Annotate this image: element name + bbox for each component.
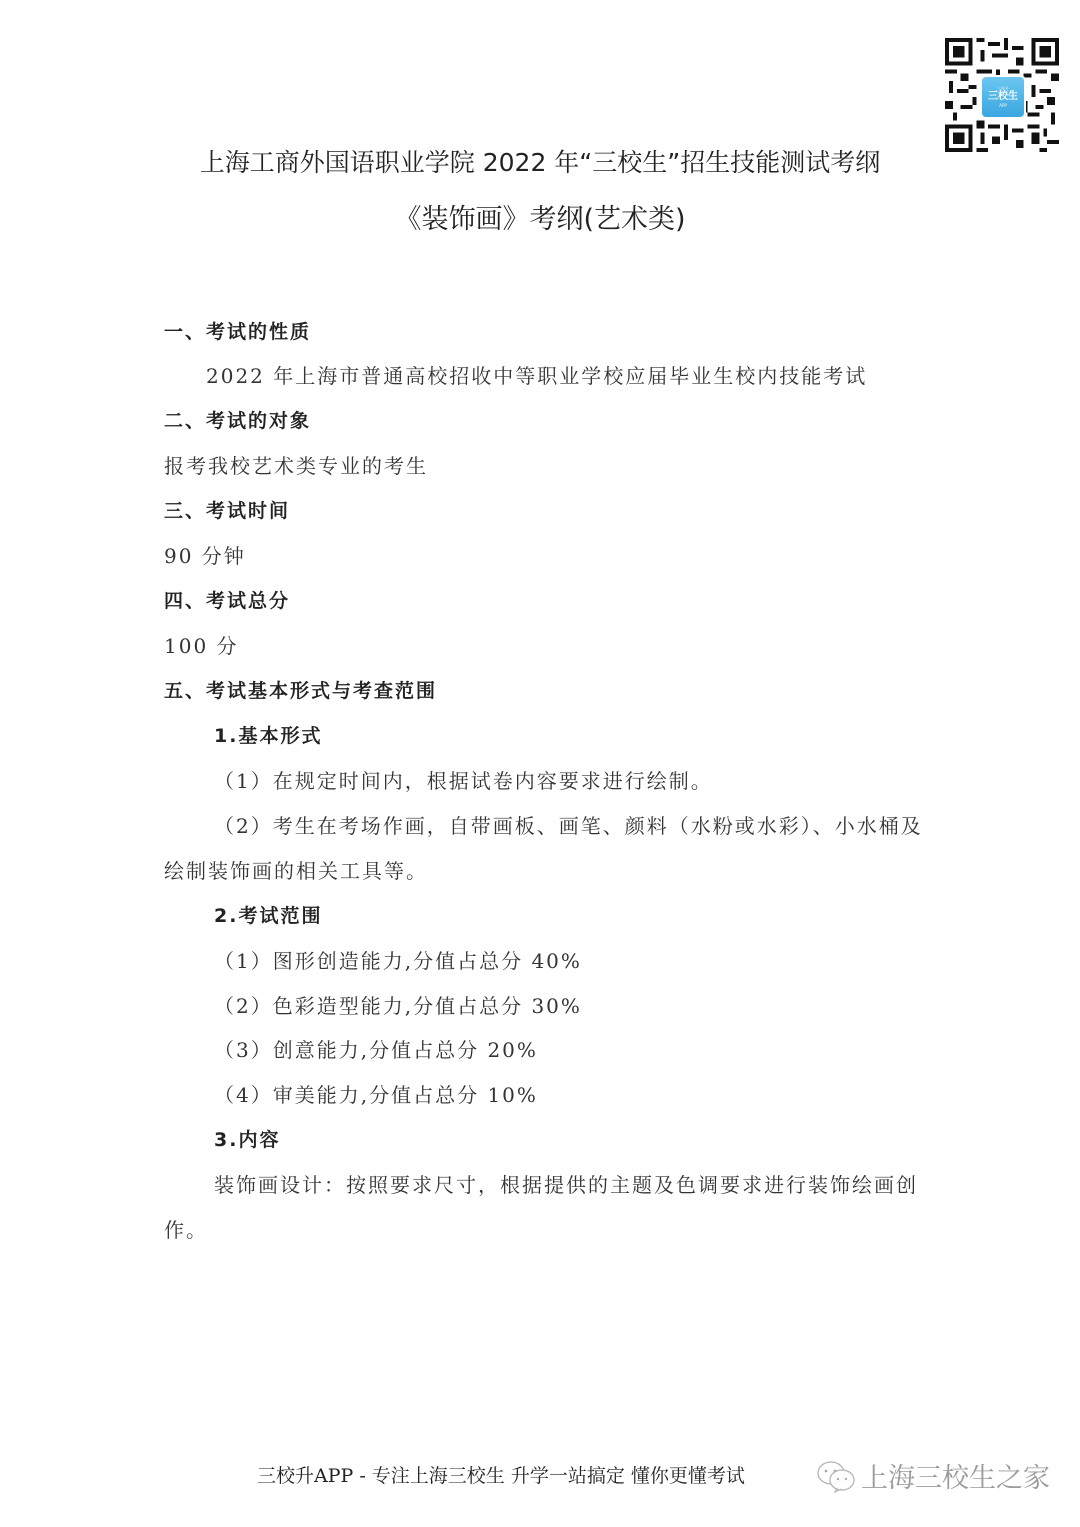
form-item-1: （1）在规定时间内，根据试卷内容要求进行绘制。 — [214, 767, 713, 795]
subsection-heading-content: 3.内容 — [214, 1126, 280, 1154]
document-subtitle: 《装饰画》考纲(艺术类) — [0, 197, 1080, 236]
scope-item-4: （4）审美能力,分值占总分 10% — [214, 1081, 538, 1109]
app-logo-icon: 三校升 三校生 APP — [980, 75, 1026, 119]
scope-item-2: （2）色彩造型能力,分值占总分 30% — [214, 992, 582, 1020]
section-body-nature: 2022 年上海市普通高校招收中等职业学校应届毕业生校内技能考试 — [206, 362, 867, 390]
section-body-time: 90 分钟 — [164, 542, 246, 570]
logo-bottom-text: APP — [999, 103, 1007, 108]
footer-slogan: 三校升APP - 专注上海三校生 升学一站搞定 懂你更懂考试 — [257, 1461, 745, 1488]
section-heading-time: 三、考试时间 — [164, 497, 290, 525]
logo-top-text: 三校升 — [997, 86, 1009, 91]
watermark: 上海三校生之家 — [815, 1456, 1050, 1495]
logo-text: 三校生 — [988, 91, 1018, 103]
content-item-1-cont: 作。 — [164, 1216, 208, 1244]
watermark-text: 上海三校生之家 — [861, 1456, 1050, 1495]
content-item-1: 装饰画设计：按照要求尺寸，根据提供的主题及色调要求进行装饰绘画创 — [214, 1171, 918, 1199]
scope-item-3: （3）创意能力,分值占总分 20% — [214, 1036, 538, 1064]
qr-code: 三校升 三校生 APP — [945, 38, 1059, 152]
document-title: 上海工商外国语职业学院 2022 年“三校生”招生技能测试考纲 — [0, 143, 1080, 179]
form-item-2: （2）考生在考场作画，自带画板、画笔、颜料（水粉或水彩）、小水桶及 — [214, 812, 923, 840]
section-heading-score: 四、考试总分 — [164, 587, 290, 615]
section-heading-nature: 一、考试的性质 — [164, 318, 311, 346]
form-item-2-cont: 绘制装饰画的相关工具等。 — [164, 857, 428, 885]
subsection-heading-form: 1.基本形式 — [214, 722, 322, 750]
section-heading-target: 二、考试的对象 — [164, 407, 311, 435]
section-body-target: 报考我校艺术类专业的考生 — [164, 452, 428, 480]
section-body-score: 100 分 — [164, 632, 239, 660]
subsection-heading-scope: 2.考试范围 — [214, 902, 322, 930]
section-heading-format: 五、考试基本形式与考查范围 — [164, 677, 437, 705]
scope-item-1: （1）图形创造能力,分值占总分 40% — [214, 947, 582, 975]
wechat-icon — [815, 1459, 857, 1493]
